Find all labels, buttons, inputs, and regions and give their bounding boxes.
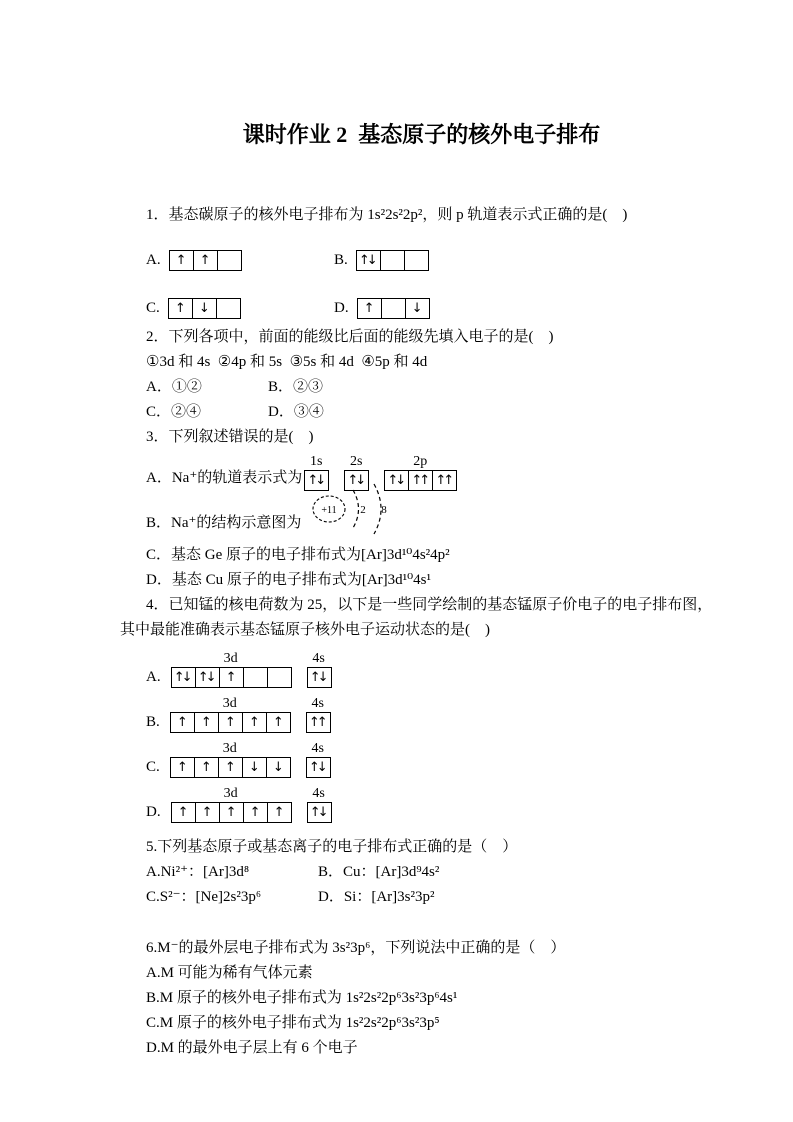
orbital-group-label: 3d bbox=[223, 695, 237, 712]
orbital-box-row: ↑↓ bbox=[306, 757, 330, 778]
orbital-group-3d: 3d↑↑↑↑↑ bbox=[170, 695, 290, 733]
q4-stem-line1: 4．已知锰的核电荷数为 25，以下是一些同学绘制的基态锰原子价电子的电子排布图， bbox=[146, 593, 723, 618]
orbital-group-label: 3d bbox=[224, 785, 238, 802]
orbital-cell-empty bbox=[243, 667, 268, 688]
orbital-diagram-q1b: ↑↓ bbox=[356, 238, 428, 271]
orbital-cell-empty bbox=[404, 250, 429, 271]
q1-stem: 1．基态碳原子的核外电子排布为 1s²2s²2p²，则 p 轨道表示式正确的是(… bbox=[146, 203, 723, 228]
orbital-cell-upup: ↑↑ bbox=[306, 712, 331, 733]
orbital-box-row: ↑↓ bbox=[356, 250, 428, 271]
orbital-cell-pair: ↑↓ bbox=[171, 667, 196, 688]
orbital-cell-up: ↑ bbox=[242, 712, 267, 733]
orbital-group-4s: 4s↑↑ bbox=[306, 695, 330, 733]
orbital-cell-pair: ↑↓ bbox=[307, 667, 332, 688]
orbital-cell-up: ↑ bbox=[194, 757, 219, 778]
orbital-cell-up: ↑ bbox=[195, 802, 220, 823]
option-label: D. bbox=[334, 297, 349, 319]
orbital-diagram-q1c: ↑↓ bbox=[168, 286, 240, 319]
q5-option-b: B．Cu：[Ar]3d⁹4s² bbox=[318, 864, 439, 880]
na-ion-structure-diagram: +11 2 8 bbox=[303, 475, 421, 539]
q6-option-d: D.M 的最外电子层上有 6 个电子 bbox=[146, 1036, 723, 1061]
q1-option-b: B. ↑↓ bbox=[334, 238, 723, 271]
q3-option-d: D．基态 Cu 原子的电子排布式为[Ar]3d¹⁰4s¹ bbox=[146, 568, 723, 593]
worksheet-page: 课时作业 2 基态原子的核外电子排布 1．基态碳原子的核外电子排布为 1s²2s… bbox=[0, 0, 793, 1122]
orbital-cell-empty bbox=[381, 298, 406, 319]
q2-block: 2．下列各项中，前面的能级比后面的能级先填入电子的是( ) ①3d 和 4s ②… bbox=[120, 325, 723, 450]
q2-answer-row-2: C．②④D．③④ bbox=[146, 400, 723, 425]
orbital-group-3d: 3d↑↑↑↓↓ bbox=[170, 740, 290, 778]
orbital-cell-down: ↓ bbox=[266, 757, 291, 778]
orbital-group-4s: 4s↑↓ bbox=[307, 650, 331, 688]
orbital-cell-pair: ↑↓ bbox=[356, 250, 381, 271]
q5-option-c: C.S²⁻：[Ne]2s²3p⁶ bbox=[146, 885, 318, 910]
orbital-group-3d: 3d↑↓↑↓↑ bbox=[171, 650, 291, 688]
orbital-group-label: 4s bbox=[312, 695, 324, 712]
orbital-diagram-q1d: ↑↓ bbox=[357, 286, 429, 319]
orbital-box-row: ↑↓ bbox=[357, 298, 429, 319]
shell-1-electron-count: 2 bbox=[361, 504, 367, 516]
orbital-cell-up: ↑ bbox=[267, 802, 292, 823]
orbital-group-label: 2s bbox=[350, 453, 362, 470]
orbital-cell-empty bbox=[267, 667, 292, 688]
orbital-cell-pair: ↑↓ bbox=[306, 757, 331, 778]
orbital-cell-up: ↑ bbox=[357, 298, 382, 319]
orbital-group-label: 3d bbox=[223, 740, 237, 757]
orbital-group-label: 4s bbox=[312, 650, 324, 667]
orbital-box-row: ↑↑ bbox=[306, 712, 330, 733]
q2-option-c: C．②④ bbox=[146, 400, 268, 425]
option-label: A. bbox=[146, 249, 161, 271]
orbital-diagram-q1a: ↑↑ bbox=[169, 238, 241, 271]
electron-shell-arc-2 bbox=[374, 484, 381, 534]
orbital-box-row: ↑↓ bbox=[307, 667, 331, 688]
orbital-cell-down: ↓ bbox=[242, 757, 267, 778]
orbital-cell-pair: ↑↓ bbox=[307, 802, 332, 823]
q6-stem: 6.M⁻的最外层电子排布式为 3s²3p⁶，下列说法中正确的是（ ） bbox=[146, 936, 723, 961]
q1-option-c: C. ↑↓ bbox=[146, 286, 334, 319]
q3-option-b: B．Na⁺的结构示意图为 +11 2 8 bbox=[146, 503, 723, 543]
q3-option-b-text: B．Na⁺的结构示意图为 bbox=[146, 511, 301, 536]
q2-stem: 2．下列各项中，前面的能级比后面的能级先填入电子的是( ) bbox=[146, 325, 723, 350]
q6-option-a: A.M 可能为稀有气体元素 bbox=[146, 961, 723, 986]
option-label: C. bbox=[146, 756, 160, 778]
q4-option-a: A. 3d↑↓↑↓↑4s↑↓ bbox=[146, 650, 723, 688]
q2-answer-row-1: A．①②B．②③ bbox=[146, 375, 723, 400]
orbital-cell-pair: ↑↓ bbox=[195, 667, 220, 688]
orbital-cell-up: ↑ bbox=[170, 712, 195, 733]
orbital-cell-empty bbox=[380, 250, 405, 271]
orbital-cell-upup: ↑↑ bbox=[432, 470, 457, 491]
q5-option-d: D．Si：[Ar]3s²3p² bbox=[318, 889, 435, 905]
q2-option-a: A．①② bbox=[146, 375, 268, 400]
orbital-cell-down: ↓ bbox=[405, 298, 430, 319]
q2-items: ①3d 和 4s ②4p 和 5s ③5s 和 4d ④5p 和 4d bbox=[146, 350, 723, 375]
orbital-box-row: ↑↑↑↑↑ bbox=[170, 712, 290, 733]
orbital-cell-up: ↑ bbox=[170, 757, 195, 778]
orbital-cell-up: ↑ bbox=[218, 757, 243, 778]
orbital-cell-up: ↑ bbox=[243, 802, 268, 823]
orbital-box-row: ↑↑ bbox=[169, 250, 241, 271]
electron-shell-arc-1 bbox=[353, 490, 359, 528]
q3-stem: 3．下列叙述错误的是( ) bbox=[146, 425, 723, 450]
orbital-box-row: ↑↓ bbox=[307, 802, 331, 823]
orbital-group-label: 1s bbox=[310, 453, 322, 470]
option-label: B. bbox=[146, 711, 160, 733]
option-label: C. bbox=[146, 297, 160, 319]
q5-stem: 5.下列基态原子或基态离子的电子排布式正确的是（ ） bbox=[146, 835, 723, 860]
option-label: A. bbox=[146, 666, 161, 688]
orbital-group-label: 4s bbox=[312, 740, 324, 757]
orbital-diagram-q4b: 3d↑↑↑↑↑4s↑↑ bbox=[170, 695, 346, 733]
orbital-group-4s: 4s↑↓ bbox=[306, 740, 330, 778]
option-label: D. bbox=[146, 801, 161, 823]
orbital-box-row: ↑↓ bbox=[168, 298, 240, 319]
q1-option-d: D. ↑↓ bbox=[334, 286, 723, 319]
orbital-group-3d: 3d↑↑↑↑↑ bbox=[171, 785, 291, 823]
orbital-cell-up: ↑ bbox=[171, 802, 196, 823]
q6-option-c: C.M 原子的核外电子排布式为 1s²2s²2p⁶3s²3p⁵ bbox=[146, 1011, 723, 1036]
q4-stem-line2: 其中最能准确表示基态锰原子核外电子运动状态的是( ) bbox=[120, 618, 723, 643]
orbital-cell-empty bbox=[217, 250, 242, 271]
orbital-group-label: 3d bbox=[224, 650, 238, 667]
q3-option-a: A．Na⁺的轨道表示式为 1s↑↓2s↑↓2p↑↓↑↑↑↑ bbox=[146, 453, 723, 491]
orbital-diagram-q4c: 3d↑↑↑↓↓4s↑↓ bbox=[170, 740, 346, 778]
orbital-cell-up: ↑ bbox=[218, 712, 243, 733]
page-title: 课时作业 2 基态原子的核外电子排布 bbox=[120, 118, 723, 149]
q1-options: A. ↑↑ B. ↑↓ C. ↑↓ D. ↑↓ bbox=[146, 238, 723, 319]
nucleus-charge-label: +11 bbox=[322, 505, 337, 516]
orbital-group-label: 2p bbox=[413, 453, 427, 470]
q5-answer-row-2: C.S²⁻：[Ne]2s²3p⁶D．Si：[Ar]3s²3p² bbox=[146, 885, 723, 910]
orbital-diagram-q4d: 3d↑↑↑↑↑4s↑↓ bbox=[171, 785, 347, 823]
q2-option-d: D．③④ bbox=[268, 404, 324, 420]
orbital-cell-up: ↑ bbox=[194, 712, 219, 733]
q5-answer-row-1: A.Ni²⁺：[Ar]3d⁸B．Cu：[Ar]3d⁹4s² bbox=[146, 860, 723, 885]
orbital-box-row: ↑↑↑↓↓ bbox=[170, 757, 290, 778]
q4-option-c: C. 3d↑↑↑↓↓4s↑↓ bbox=[146, 740, 723, 778]
shell-2-electron-count: 8 bbox=[382, 504, 388, 516]
orbital-cell-up: ↑ bbox=[219, 802, 244, 823]
orbital-box-row: ↑↓↑↓↑ bbox=[171, 667, 291, 688]
q4-option-b: B. 3d↑↑↑↑↑4s↑↑ bbox=[146, 695, 723, 733]
orbital-cell-empty bbox=[216, 298, 241, 319]
orbital-cell-up: ↑ bbox=[169, 250, 194, 271]
q1-option-a: A. ↑↑ bbox=[146, 238, 334, 271]
orbital-group-4s: 4s↑↓ bbox=[307, 785, 331, 823]
orbital-diagram-q4a: 3d↑↓↑↓↑4s↑↓ bbox=[171, 650, 347, 688]
orbital-group-label: 4s bbox=[312, 785, 324, 802]
q6-option-b: B.M 原子的核外电子排布式为 1s²2s²2p⁶3s²3p⁶4s¹ bbox=[146, 986, 723, 1011]
q3-option-a-text: A．Na⁺的轨道表示式为 bbox=[146, 466, 302, 491]
orbital-cell-up: ↑ bbox=[168, 298, 193, 319]
q4-option-d: D. 3d↑↑↑↑↑4s↑↓ bbox=[146, 785, 723, 823]
q3-option-c: C．基态 Ge 原子的电子排布式为[Ar]3d¹⁰4s²4p² bbox=[146, 543, 723, 568]
orbital-cell-down: ↓ bbox=[192, 298, 217, 319]
orbital-cell-up: ↑ bbox=[219, 667, 244, 688]
q5-option-a: A.Ni²⁺：[Ar]3d⁸ bbox=[146, 860, 318, 885]
option-label: B. bbox=[334, 249, 348, 271]
orbital-box-row: ↑↑↑↑↑ bbox=[171, 802, 291, 823]
orbital-cell-up: ↑ bbox=[193, 250, 218, 271]
orbital-cell-up: ↑ bbox=[266, 712, 291, 733]
q5-block: 5.下列基态原子或基态离子的电子排布式正确的是（ ） A.Ni²⁺：[Ar]3d… bbox=[120, 835, 723, 910]
q2-option-b: B．②③ bbox=[268, 379, 323, 395]
